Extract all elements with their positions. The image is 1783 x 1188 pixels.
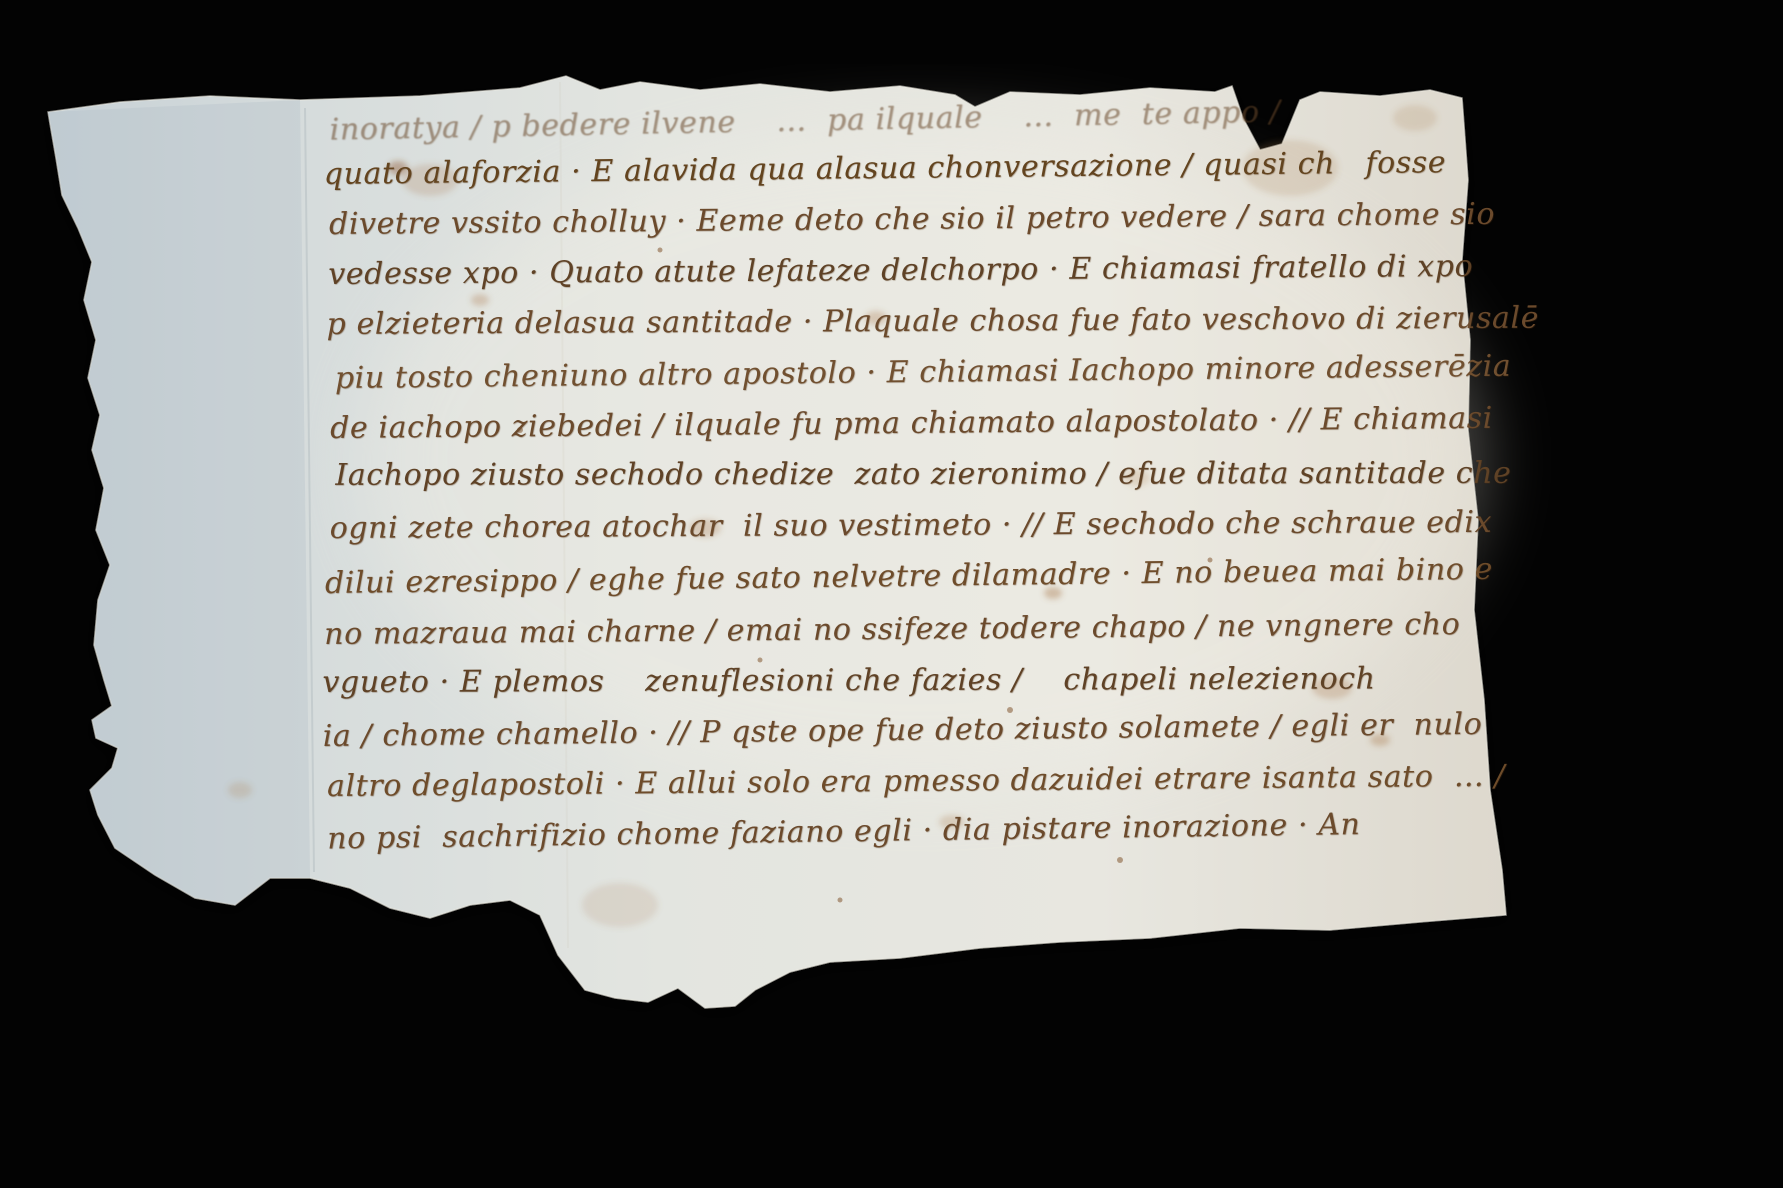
manuscript-line: dilui ezresippo / eghe fue sato nelvetre… xyxy=(325,552,1493,601)
manuscript-line: ia / chome chamello · // P qste ope fue … xyxy=(323,707,1483,754)
manuscript-line: vedesse xpo · Quato atute lefateze delch… xyxy=(328,249,1473,292)
manuscript-line: no mazraua mai charne / emai no ssifeze … xyxy=(324,607,1460,652)
manuscript-line: quato alaforzia · E alavida qua alasua c… xyxy=(324,145,1447,192)
manuscript-line: divetre vssito cholluy · Eeme deto che s… xyxy=(329,197,1495,242)
manuscript-line: de iachopo ziebedei / ilquale fu pma chi… xyxy=(330,401,1493,446)
photo-background: inoratya / p bedere ilvene … pa ilquale … xyxy=(0,0,1783,1188)
manuscript-line: no psi sachrifizio chome faziano egli · … xyxy=(327,807,1361,856)
manuscript-text: inoratya / p bedere ilvene … pa ilquale … xyxy=(0,0,1783,1188)
manuscript-line: vgueto · E plemos zenuflesioni che fazie… xyxy=(322,661,1375,700)
manuscript-line: p elzieteria delasua santitade · Plaqual… xyxy=(326,301,1539,342)
manuscript-line: ogni zete chorea atochar il suo vestimet… xyxy=(330,505,1493,546)
manuscript-line: inoratya / p bedere ilvene … pa ilquale … xyxy=(329,94,1280,147)
manuscript-line: Iachopo ziusto sechodo chedize zato zier… xyxy=(335,456,1511,493)
manuscript-line: piu tosto cheniuno altro apostolo · E ch… xyxy=(335,349,1512,396)
manuscript-line: altro deglapostoli · E allui solo era pm… xyxy=(327,759,1505,804)
